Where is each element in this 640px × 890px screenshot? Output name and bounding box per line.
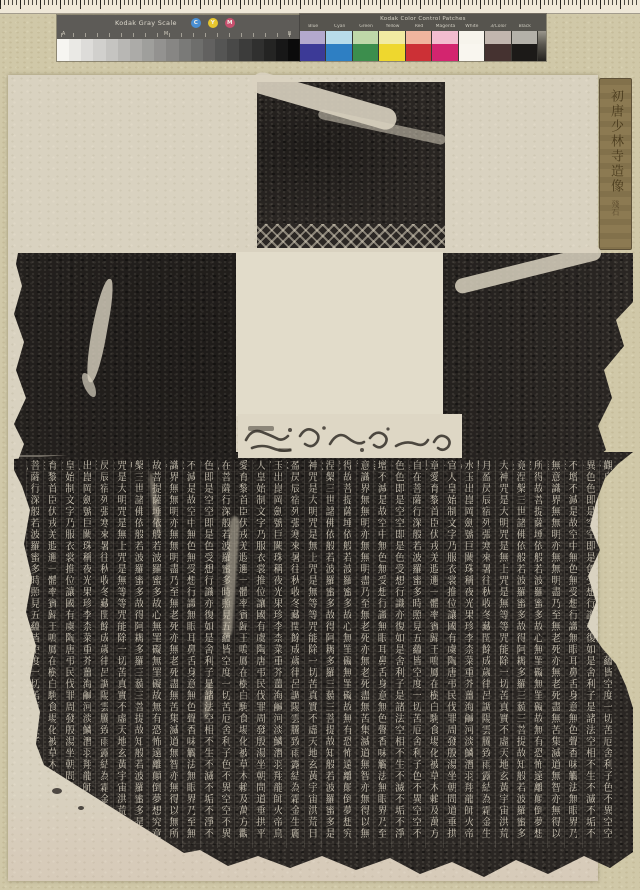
text-column: 增不減是故空中無色無受想行識無眼耳鼻舌身意無色聲香味觸法無眼界乃至無	[373, 460, 386, 848]
grayscale-steps	[57, 39, 300, 61]
ink-fragment	[52, 788, 62, 794]
gray-scale-tick-label: M	[164, 31, 168, 37]
color-patch	[459, 31, 484, 61]
text-column: 水玉出崑岡劍號巨闕珠稱夜光果珍李柰菜重芥薑海鹹河淡鱗潛羽翔龍師火帝鳥	[460, 460, 473, 848]
cursive-inscription-strokes	[238, 414, 462, 458]
color-patch	[485, 31, 510, 61]
color-patch-tint	[379, 31, 404, 44]
color-patch-label: Magenta	[432, 24, 458, 31]
text-column: 得故菩提薩埵依般若波羅蜜多故心無罣礙無罣礙故無有恐怖遠離顛倒夢想究竟	[338, 460, 351, 848]
text-column: 神咒是大明咒是無上咒是無等等咒能除一切苦真實不虛天地玄黃宇宙洪荒日月	[304, 460, 317, 848]
text-column: 竟涅槃三世諸佛依般若波羅蜜多故得阿耨多羅三藐三菩提故知般若波羅蜜多是	[512, 460, 525, 848]
color-patch-tint	[326, 31, 351, 44]
text-column: 意識界無無明亦無無明盡乃至無老死亦無老死盡無苦集滅道無智亦無得以無所	[356, 460, 369, 848]
text-column: 自在菩薩行深般若波羅蜜多時照見五蘊皆空度一切苦厄舍利子色不異空空不異	[408, 460, 421, 848]
text-column: 色即是空空即是色受想行識亦復如是舍利子是諸法空相不生不滅不垢不淨不增	[200, 460, 213, 848]
collection-label: 初唐少林寺造像 殘石	[599, 78, 632, 250]
grayscale-step	[166, 39, 178, 61]
color-patch	[379, 31, 404, 61]
text-column: 無意識界無無明亦無無明盡乃至無老死亦無老死盡無苦集滅道無智亦無得以無	[547, 460, 560, 848]
grayscale-step	[106, 39, 118, 61]
cursive-inscription-band	[238, 414, 462, 458]
color-patch-tint	[406, 31, 431, 44]
color-patch	[512, 31, 537, 61]
color-patch-label: Yellow	[379, 24, 405, 31]
text-column: 人皇始制文字乃服衣裳推位讓國有虞陶唐弔民伐罪周發殷湯坐朝問道垂拱平章	[252, 460, 265, 848]
color-patch-solid	[459, 44, 484, 61]
gray-scale-tick-label: B	[288, 31, 291, 37]
grayscale-step	[252, 39, 264, 61]
color-patches-title: Kodak Color Control Patches	[300, 14, 546, 24]
grayscale-step	[288, 39, 300, 61]
digitized-rubbing-photo: Kodak Gray Scale CYM AMB Kodak Color Con…	[0, 0, 640, 890]
registration-dot: M	[225, 18, 235, 28]
grayscale-step	[179, 39, 191, 61]
grayscale-step	[203, 39, 215, 61]
gray-scale-tick-row: AMB	[57, 31, 300, 39]
color-patch-solid	[512, 44, 537, 61]
text-column: 識界無無明亦無無明盡乃至無老死亦無老死盡無苦集滅道無智亦無得以無所得	[165, 460, 178, 848]
grayscale-step	[81, 39, 93, 61]
color-patch	[326, 31, 351, 61]
grayscale-step	[191, 39, 203, 61]
color-patch-tint	[432, 31, 457, 44]
text-column: 咒是大明咒是無上咒是無等等咒能除一切苦真實不虛天地玄黃宇宙洪荒日月盈	[113, 460, 126, 848]
inscription-columns: 觀自在菩薩行深般若波羅蜜多時照見五蘊皆空度一切苦厄舍利子色不異空空不異色色即是空…	[26, 460, 612, 848]
color-patch-labels: BlueCyanGreenYellowRedMagentaWhite3/Colo…	[300, 24, 546, 31]
grayscale-step	[154, 39, 166, 61]
text-column: 大神咒是大明咒是無上咒是無等等咒能除一切苦真實不虛天地玄黃宇宙洪荒日	[495, 460, 508, 848]
kodak-color-control-patches-bar: Kodak Color Control Patches BlueCyanGree…	[300, 14, 546, 61]
color-patch-label: 3/Color	[485, 24, 511, 31]
grayscale-step	[227, 39, 239, 61]
text-column: 昃辰宿列張寒來暑往秋收冬藏閏餘成歲律呂調陽雲騰致雨露結為霜金生麗水玉	[95, 460, 108, 848]
text-column: 玉出崑岡劍號巨闕珠稱夜光果珍李柰菜重芥薑海鹹河淡鱗潛羽翔龍師火帝鳥官	[269, 460, 282, 848]
gray-scale-tick-label: A	[62, 31, 65, 37]
gray-scale-title: Kodak Gray Scale	[115, 19, 177, 27]
color-patch-tint	[300, 31, 325, 44]
color-patch-tint	[485, 31, 510, 44]
label-subtitle-calligraphy: 殘石	[610, 200, 621, 216]
text-column: 不增不減是故空中無色無受想行識無眼耳鼻舌身意無色聲香味觸法無眼界乃至	[564, 460, 577, 848]
color-patch-row	[300, 31, 546, 61]
text-column: 不減是故空中無色無受想行識無眼耳鼻舌身意無色聲香味觸法無眼界乃至無意	[182, 460, 195, 848]
text-column: 槃三世諸佛依般若波羅蜜多故得阿耨多羅三藐三菩提故知般若波羅蜜多是大神	[130, 460, 143, 848]
grayscale-step	[215, 39, 227, 61]
grayscale-step	[93, 39, 105, 61]
color-patch-tint	[459, 31, 484, 44]
registration-dot: Y	[208, 18, 218, 28]
color-patch	[353, 31, 378, 61]
text-column: 在菩薩行深般若波羅蜜多時照見五蘊皆空度一切苦厄舍利子色不異空空不異色	[217, 460, 230, 848]
grayscale-step	[130, 39, 142, 61]
color-patch-solid	[379, 44, 404, 61]
text-column: 涅槃三世諸佛依般若波羅蜜多故得阿耨多羅三藐三菩提故知般若波羅蜜多是大	[321, 460, 334, 848]
color-patch-tint	[353, 31, 378, 44]
label-title-calligraphy: 初唐少林寺造像	[609, 89, 622, 194]
grayscale-step	[142, 39, 154, 61]
text-column: 觀自在菩薩行深般若波羅蜜多時照見五蘊皆空度一切苦厄舍利子色不異空空不	[599, 460, 612, 848]
gray-scale-header: Kodak Gray Scale CYM	[57, 15, 300, 31]
measurement-ruler	[0, 0, 640, 14]
color-patch	[406, 31, 431, 61]
registration-dot: C	[191, 18, 201, 28]
kodak-gray-scale-bar: Kodak Gray Scale CYM AMB	[57, 15, 300, 61]
color-patch-solid	[485, 44, 510, 61]
text-column: 章愛育黎首臣伏戎羌遐邇一體率賓歸王鳴鳳在樹白駒食場化被草木賴及萬方觀	[425, 460, 438, 848]
color-patch-label: Blue	[300, 24, 326, 31]
color-patch-label: Black	[512, 24, 538, 31]
grayscale-step	[239, 39, 251, 61]
grayscale-step	[118, 39, 130, 61]
color-patch	[300, 31, 325, 61]
stele-head	[257, 82, 445, 248]
color-patch-solid	[406, 44, 431, 61]
grayscale-step	[57, 39, 69, 61]
color-patch-solid	[432, 44, 457, 61]
blank-title-area	[236, 252, 443, 416]
color-patch-solid	[353, 44, 378, 61]
grayscale-step	[276, 39, 288, 61]
color-patch-label: Green	[353, 24, 379, 31]
color-patch-solid	[300, 44, 325, 61]
text-column: 盈昃辰宿列張寒來暑往秋收冬藏閏餘成歲律呂調陽雲騰致雨露結為霜金生麗水	[286, 460, 299, 848]
cym-registration-dots: CYM	[191, 18, 235, 28]
color-patch-label: White	[459, 24, 485, 31]
color-patch-label: Red	[406, 24, 432, 31]
text-column: 月盈昃辰宿列張寒來暑往秋收冬藏閏餘成歲律呂調陽雲騰致雨露結為霜金生麗	[477, 460, 490, 848]
diamond-pattern-band	[257, 224, 445, 248]
ruler-major-ticks	[0, 0, 640, 9]
color-patch	[432, 31, 457, 61]
color-patch-label: Cyan	[326, 24, 352, 31]
text-column: 所得故菩提薩埵依般若波羅蜜多故心無罣礙無罣礙故無有恐怖遠離顛倒夢想究	[529, 460, 542, 848]
color-patch-tint	[512, 31, 537, 44]
text-column: 官人皇始制文字乃服衣裳推位讓國有虞陶唐弔民伐罪周發殷湯坐朝問道垂拱平	[443, 460, 456, 848]
grayscale-step	[264, 39, 276, 61]
text-column: 色色即是空空即是色受想行識亦復如是舍利子是諸法空相不生不滅不垢不淨不	[391, 460, 404, 848]
ink-fragment	[78, 806, 84, 810]
color-patch-solid	[326, 44, 351, 61]
color-bar-end-gradient	[538, 31, 546, 61]
grayscale-step	[69, 39, 81, 61]
